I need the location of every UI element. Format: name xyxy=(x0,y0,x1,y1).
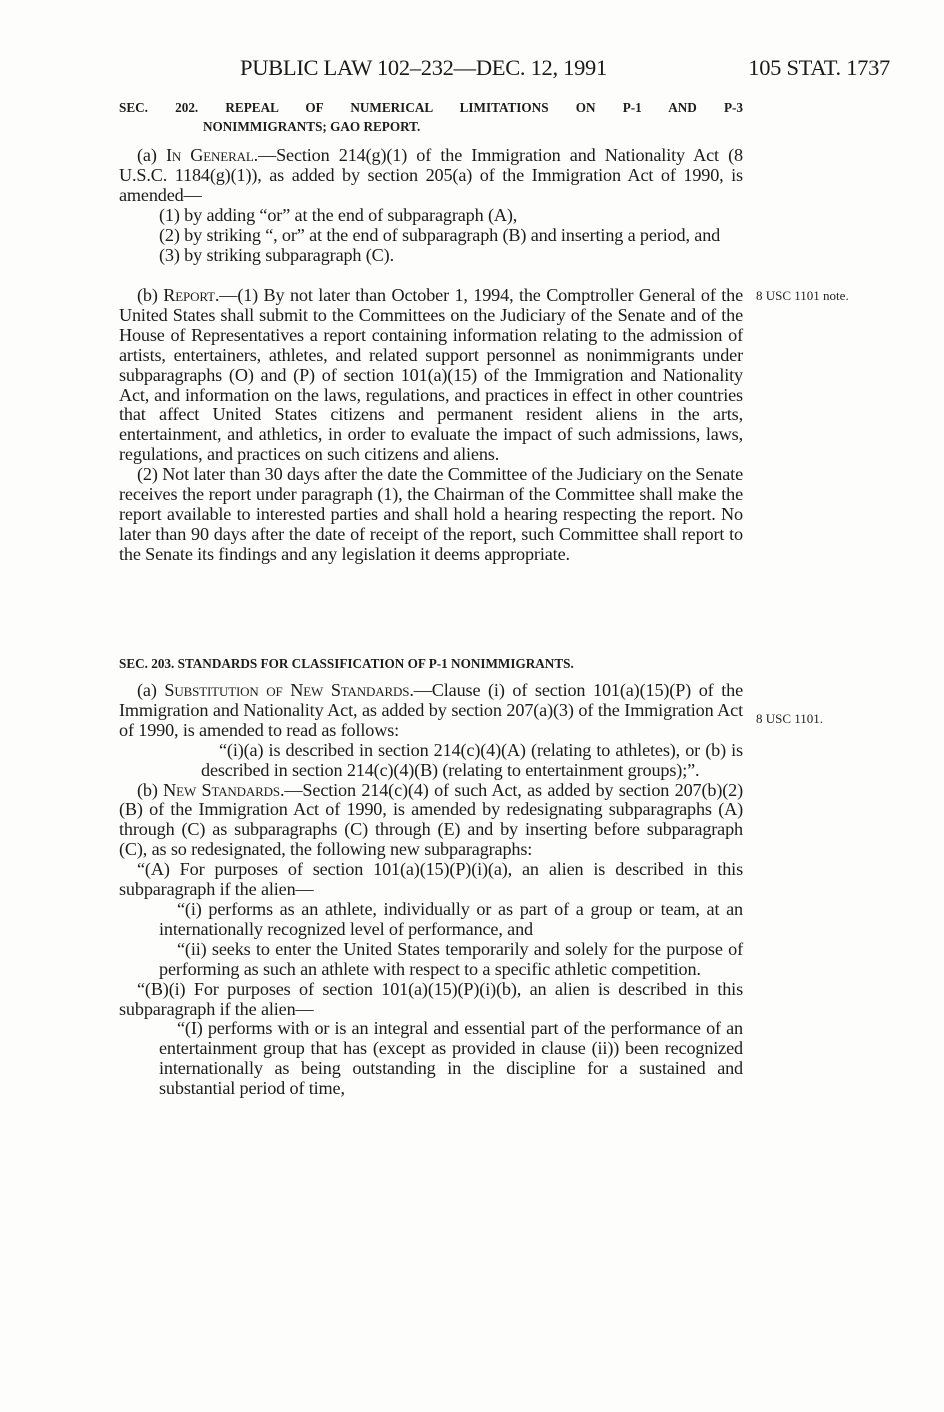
quoted-clause: “(i)(a) is described in section 214(c)(4… xyxy=(119,741,743,781)
amendment-item-2: (2) by striking “, or” at the end of sub… xyxy=(119,226,743,246)
subparagraph-b-intro: “(B)(i) For purposes of section 101(a)(1… xyxy=(119,980,743,1020)
subsection-caption: Report. xyxy=(163,285,219,305)
subsection-caption: New Standards. xyxy=(163,780,284,800)
subsection-caption: Substitution of New Standards. xyxy=(164,680,413,700)
subsection-a-intro: (a) In General.—Section 214(g)(1) of the… xyxy=(119,146,743,206)
section-202-subsection-b: (b) Report.—(1) By not later than Octobe… xyxy=(119,286,743,565)
amendment-item-3: (3) by striking subparagraph (C). xyxy=(119,246,743,266)
clause-a-i: “(i) performs as an athlete, individuall… xyxy=(119,900,743,940)
subsection-b-new-standards: (b) New Standards.—Section 214(c)(4) of … xyxy=(119,781,743,861)
amendment-item-1: (1) by adding “or” at the end of subpara… xyxy=(119,206,743,226)
section-203-heading: SEC. 203. STANDARDS FOR CLASSIFICATION O… xyxy=(119,654,743,673)
public-law-citation: PUBLIC LAW 102–232—DEC. 12, 1991 xyxy=(240,55,607,81)
report-paragraph-2: (2) Not later than 30 days after the dat… xyxy=(119,465,743,565)
section-202-heading-line1: SEC. 202. REPEAL OF NUMERICAL LIMITATION… xyxy=(119,98,743,117)
statute-page-number: 105 STAT. 1737 xyxy=(748,55,890,81)
section-202-heading-line2: NONIMMIGRANTS; GAO REPORT. xyxy=(119,117,743,136)
subparagraph-a-intro: “(A) For purposes of section 101(a)(15)(… xyxy=(119,860,743,900)
subsection-a-substitution: (a) Substitution of New Standards.—Claus… xyxy=(119,681,743,741)
section-203-body: (a) Substitution of New Standards.—Claus… xyxy=(119,681,743,1099)
section-202-subsection-a: (a) In General.—Section 214(g)(1) of the… xyxy=(119,146,743,265)
clause-b-I: “(I) performs with or is an integral and… xyxy=(119,1019,743,1099)
margin-note-usc-citation: 8 USC 1101. xyxy=(756,711,823,727)
report-paragraph-1: (b) Report.—(1) By not later than Octobe… xyxy=(119,286,743,465)
document-page: PUBLIC LAW 102–232—DEC. 12, 1991 105 STA… xyxy=(0,0,944,1412)
margin-note-usc-citation: 8 USC 1101 note. xyxy=(756,288,849,304)
running-head: PUBLIC LAW 102–232—DEC. 12, 1991 105 STA… xyxy=(240,55,890,85)
section-202-heading: SEC. 202. REPEAL OF NUMERICAL LIMITATION… xyxy=(119,98,743,136)
subsection-caption: In General. xyxy=(166,145,258,165)
clause-a-ii: “(ii) seeks to enter the United States t… xyxy=(119,940,743,980)
